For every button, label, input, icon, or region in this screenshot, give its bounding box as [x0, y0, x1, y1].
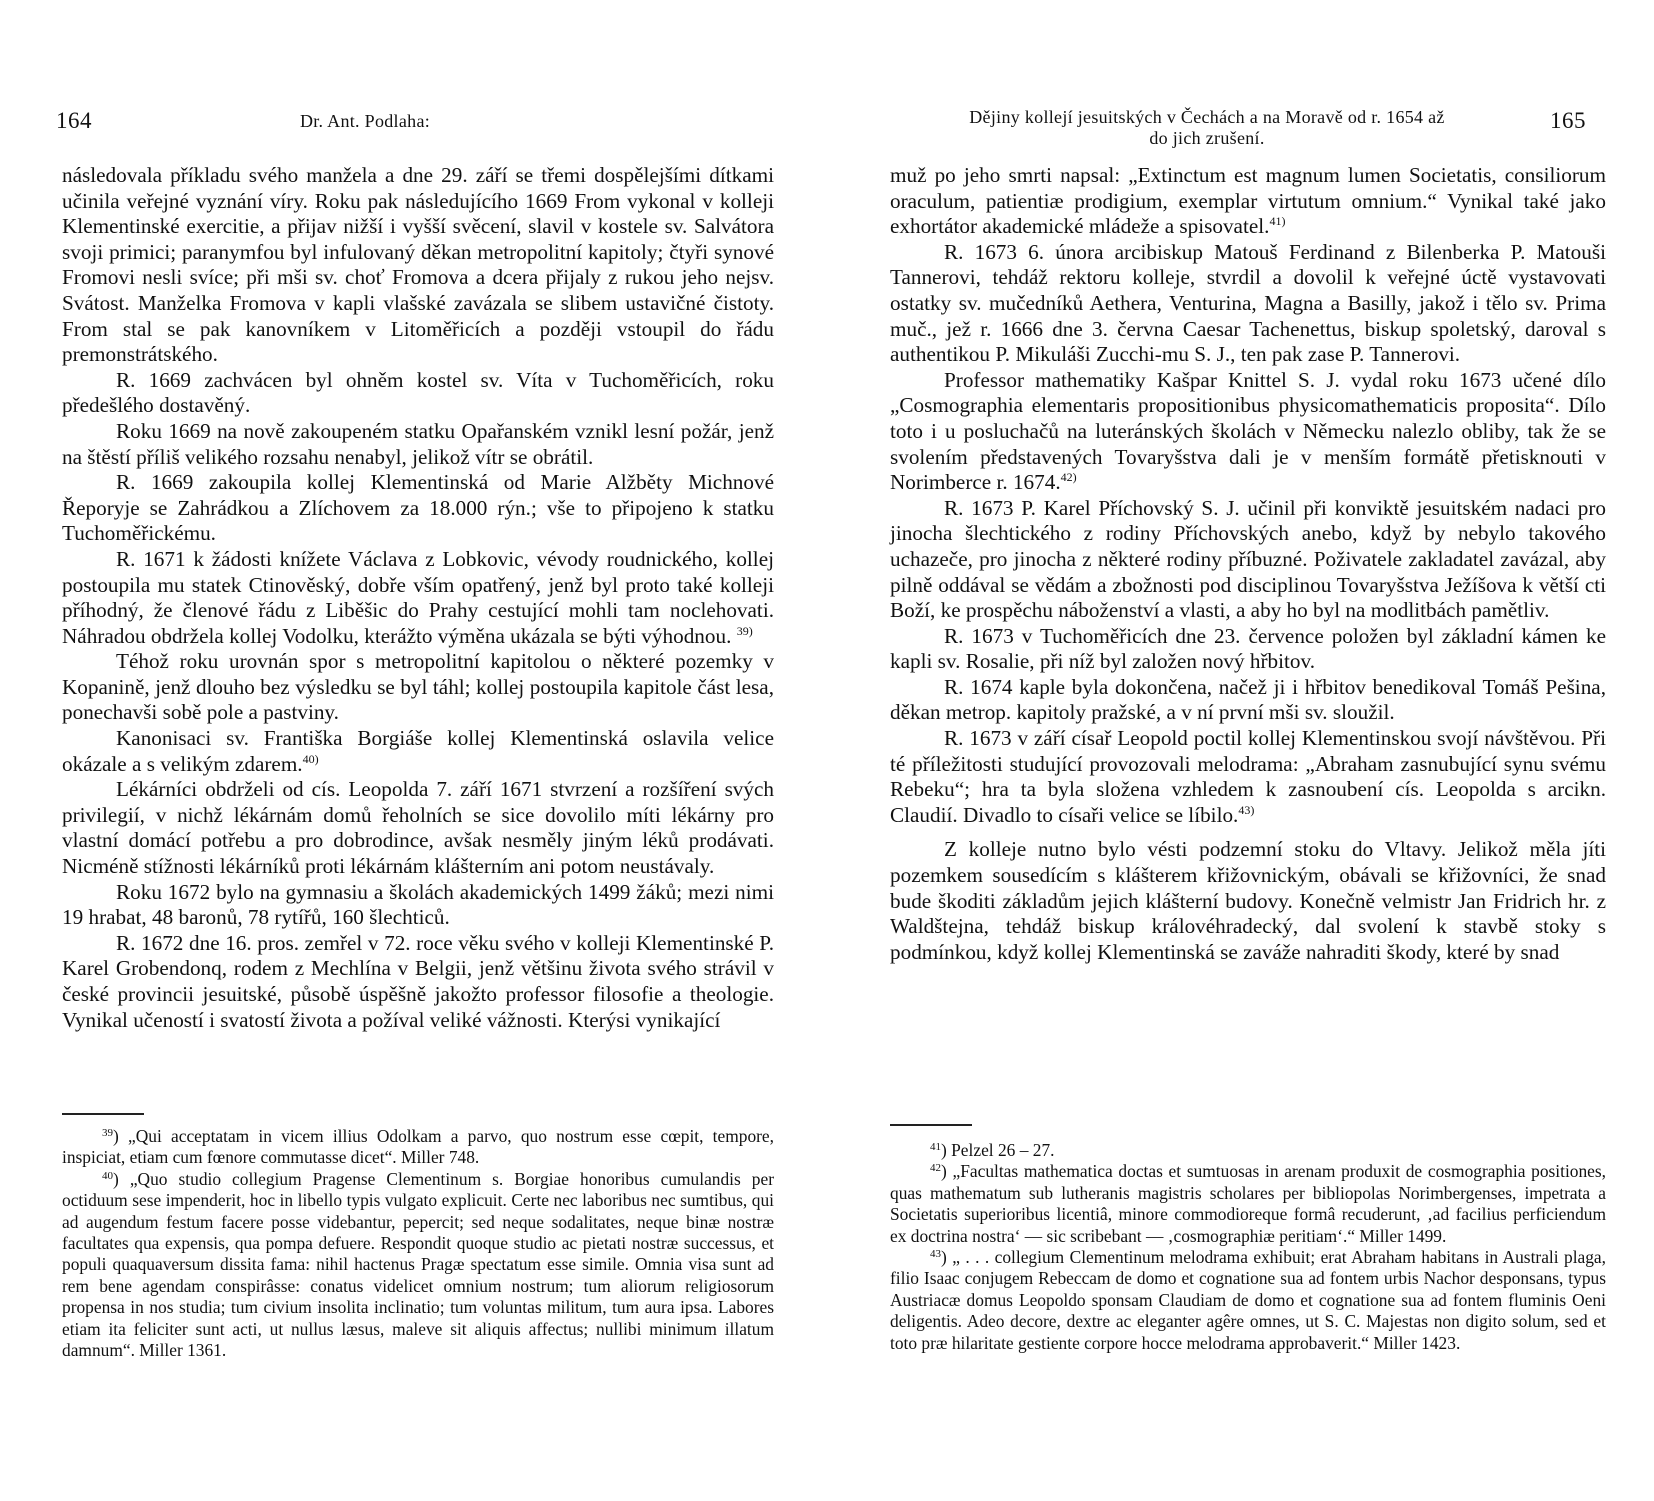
paragraph: Lékárníci obdrželi od cís. Leopolda 7. z… [62, 777, 774, 879]
paragraph: R. 1674 kaple byla dokončena, načež ji i… [890, 675, 1606, 726]
footnote: 40) „Quo studio collegium Pragense Cleme… [62, 1169, 774, 1362]
footnote-reference[interactable]: 42) [1061, 470, 1077, 484]
footnote: 39) „Qui acceptatam in vicem illius Odol… [62, 1126, 774, 1169]
footnotes: 39) „Qui acceptatam in vicem illius Odol… [62, 1126, 774, 1361]
footnote: 42) „Facultas mathematica doctas et sumt… [890, 1161, 1606, 1247]
paragraph: Roku 1669 na nově zakoupeném statku Opař… [62, 419, 774, 470]
paragraph: R. 1673 P. Karel Příchovský S. J. učinil… [890, 496, 1606, 624]
footnotes: 41) Pelzel 26 – 27. 42) „Facultas mathem… [890, 1140, 1606, 1354]
right-page: Dějiny kollejí jesuitských v Čechách a n… [827, 0, 1654, 1501]
paragraph: Professor mathematiky Kašpar Knittel S. … [890, 368, 1606, 496]
footnote: 43) „ . . . collegium Clementinum melodr… [890, 1247, 1606, 1354]
paragraph: R. 1669 zakoupila kollej Klementinská od… [62, 470, 774, 547]
running-head: Dr. Ant. Podlaha: [200, 111, 530, 132]
running-head-line: Dějiny kollejí jesuitských v Čechách a n… [887, 107, 1527, 128]
footnote-divider [890, 1124, 972, 1126]
footnote-reference[interactable]: 41) [1269, 214, 1285, 228]
body-text: následovala příkladu svého manžela a dne… [62, 163, 774, 1033]
paragraph: Roku 1672 bylo na gymnasiu a školách aka… [62, 880, 774, 931]
paragraph: R. 1673 v Tuchoměřicích dne 23. července… [890, 624, 1606, 675]
footnote-reference[interactable]: 43) [1238, 803, 1254, 817]
paragraph: následovala příkladu svého manžela a dne… [62, 163, 774, 368]
body-text: muž po jeho smrti napsal: „Extinctum est… [890, 163, 1606, 965]
footnote-divider [62, 1113, 144, 1115]
running-head: Dějiny kollejí jesuitských v Čechách a n… [887, 107, 1527, 149]
left-page: 164 Dr. Ant. Podlaha: následovala příkla… [0, 0, 827, 1501]
paragraph: R. 1673 v září císař Leopold poctil koll… [890, 726, 1606, 828]
page-number: 165 [1550, 108, 1586, 134]
footnote: 41) Pelzel 26 – 27. [890, 1140, 1606, 1161]
paragraph: muž po jeho smrti napsal: „Extinctum est… [890, 163, 1606, 240]
paragraph: R. 1671 k žádosti knížete Václava z Lobk… [62, 547, 774, 649]
footnote-reference[interactable]: 39) [737, 624, 753, 638]
paragraph: Téhož roku urovnán spor s metropolitní k… [62, 649, 774, 726]
page-number: 164 [56, 108, 92, 134]
footnote-reference[interactable]: 40) [303, 752, 319, 766]
paragraph: R. 1669 zachvácen byl ohněm kostel sv. V… [62, 368, 774, 419]
paragraph: R. 1672 dne 16. pros. zemřel v 72. roce … [62, 931, 774, 1033]
paragraph: R. 1673 6. února arcibiskup Matouš Ferdi… [890, 240, 1606, 368]
running-head-line: do jich zrušení. [887, 128, 1527, 149]
paragraph: Z kolleje nutno bylo vésti podzemní stok… [890, 837, 1606, 965]
paragraph: Kanonisaci sv. Františka Borgiáše kollej… [62, 726, 774, 777]
